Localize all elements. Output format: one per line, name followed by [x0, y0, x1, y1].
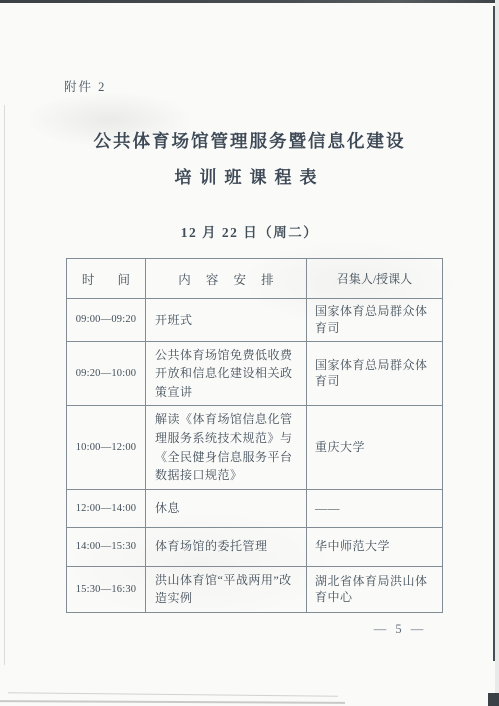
scan-edge-top	[0, 0, 499, 3]
scan-bottom-crease	[0, 700, 345, 704]
cell-time: 15:30—16:30	[67, 566, 146, 612]
cell-time: 09:00—09:20	[67, 299, 146, 342]
table-row: 10:00—12:00 解读《体育场馆信息化管理服务系统技术规范》与《全民健身信…	[67, 406, 443, 489]
document-title-line1: 公共体育场馆管理服务暨信息化建设	[0, 128, 499, 153]
cell-content: 解读《体育场馆信息化管理服务系统技术规范》与《全民健身信息服务平台数据接口规范》	[146, 406, 307, 489]
cell-time: 09:20—10:00	[67, 341, 146, 406]
date-heading: 12 月 22 日（周二）	[0, 221, 499, 241]
table-row: 09:00—09:20 开班式 国家体育总局群众体育司	[67, 299, 443, 342]
cell-lecturer: 国家体育总局群众体育司	[307, 299, 443, 342]
scan-edge-right-line	[493, 6, 495, 661]
cell-time: 10:00—12:00	[67, 406, 146, 489]
scanned-document-page: 附件 2 公共体育场馆管理服务暨信息化建设 培训班课程表 12 月 22 日（周…	[0, 0, 499, 706]
scan-edge-left-line	[4, 105, 5, 665]
header-lecturer: 召集人/授课人	[307, 259, 443, 299]
table-row: 09:20—10:00 公共体育场馆免费低收费开放和信息化建设相关政策宣讲 国家…	[67, 341, 443, 406]
header-content: 内 容 安 排	[146, 259, 307, 299]
header-time: 时 间	[67, 259, 146, 299]
table-header-row: 时 间 内 容 安 排 召集人/授课人	[67, 259, 443, 299]
scan-edge-right-band	[495, 0, 499, 706]
course-schedule-table: 时 间 内 容 安 排 召集人/授课人 09:00—09:20 开班式 国家体育…	[66, 258, 443, 613]
cell-lecturer: 湖北省体育局洪山体育中心	[307, 566, 443, 612]
cell-lecturer: ——	[307, 489, 443, 527]
cell-content: 休息	[146, 489, 307, 527]
cell-lecturer: 重庆大学	[307, 406, 443, 489]
attachment-label: 附件 2	[64, 77, 106, 95]
scan-bottom-crease	[8, 692, 338, 696]
document-title-line2: 培训班课程表	[0, 163, 499, 188]
cell-content: 洪山体育馆“平战两用”改造实例	[146, 566, 307, 612]
cell-time: 14:00—15:30	[67, 527, 146, 566]
cell-lecturer: 国家体育总局群众体育司	[307, 341, 443, 406]
cell-lecturer: 华中师范大学	[307, 527, 443, 566]
table-row: 14:00—15:30 体育场馆的委托管理 华中师范大学	[67, 527, 443, 566]
scan-corner-bottom-right	[488, 693, 499, 706]
cell-content: 开班式	[146, 299, 307, 342]
document-title: 公共体育场馆管理服务暨信息化建设 培训班课程表	[0, 128, 499, 188]
table-row: 12:00—14:00 休息 ——	[67, 489, 443, 527]
page-number: — 5 —	[355, 622, 445, 637]
cell-content: 公共体育场馆免费低收费开放和信息化建设相关政策宣讲	[146, 341, 307, 406]
cell-content: 体育场馆的委托管理	[146, 527, 307, 566]
cell-time: 12:00—14:00	[67, 489, 146, 527]
table-row: 15:30—16:30 洪山体育馆“平战两用”改造实例 湖北省体育局洪山体育中心	[67, 566, 443, 612]
